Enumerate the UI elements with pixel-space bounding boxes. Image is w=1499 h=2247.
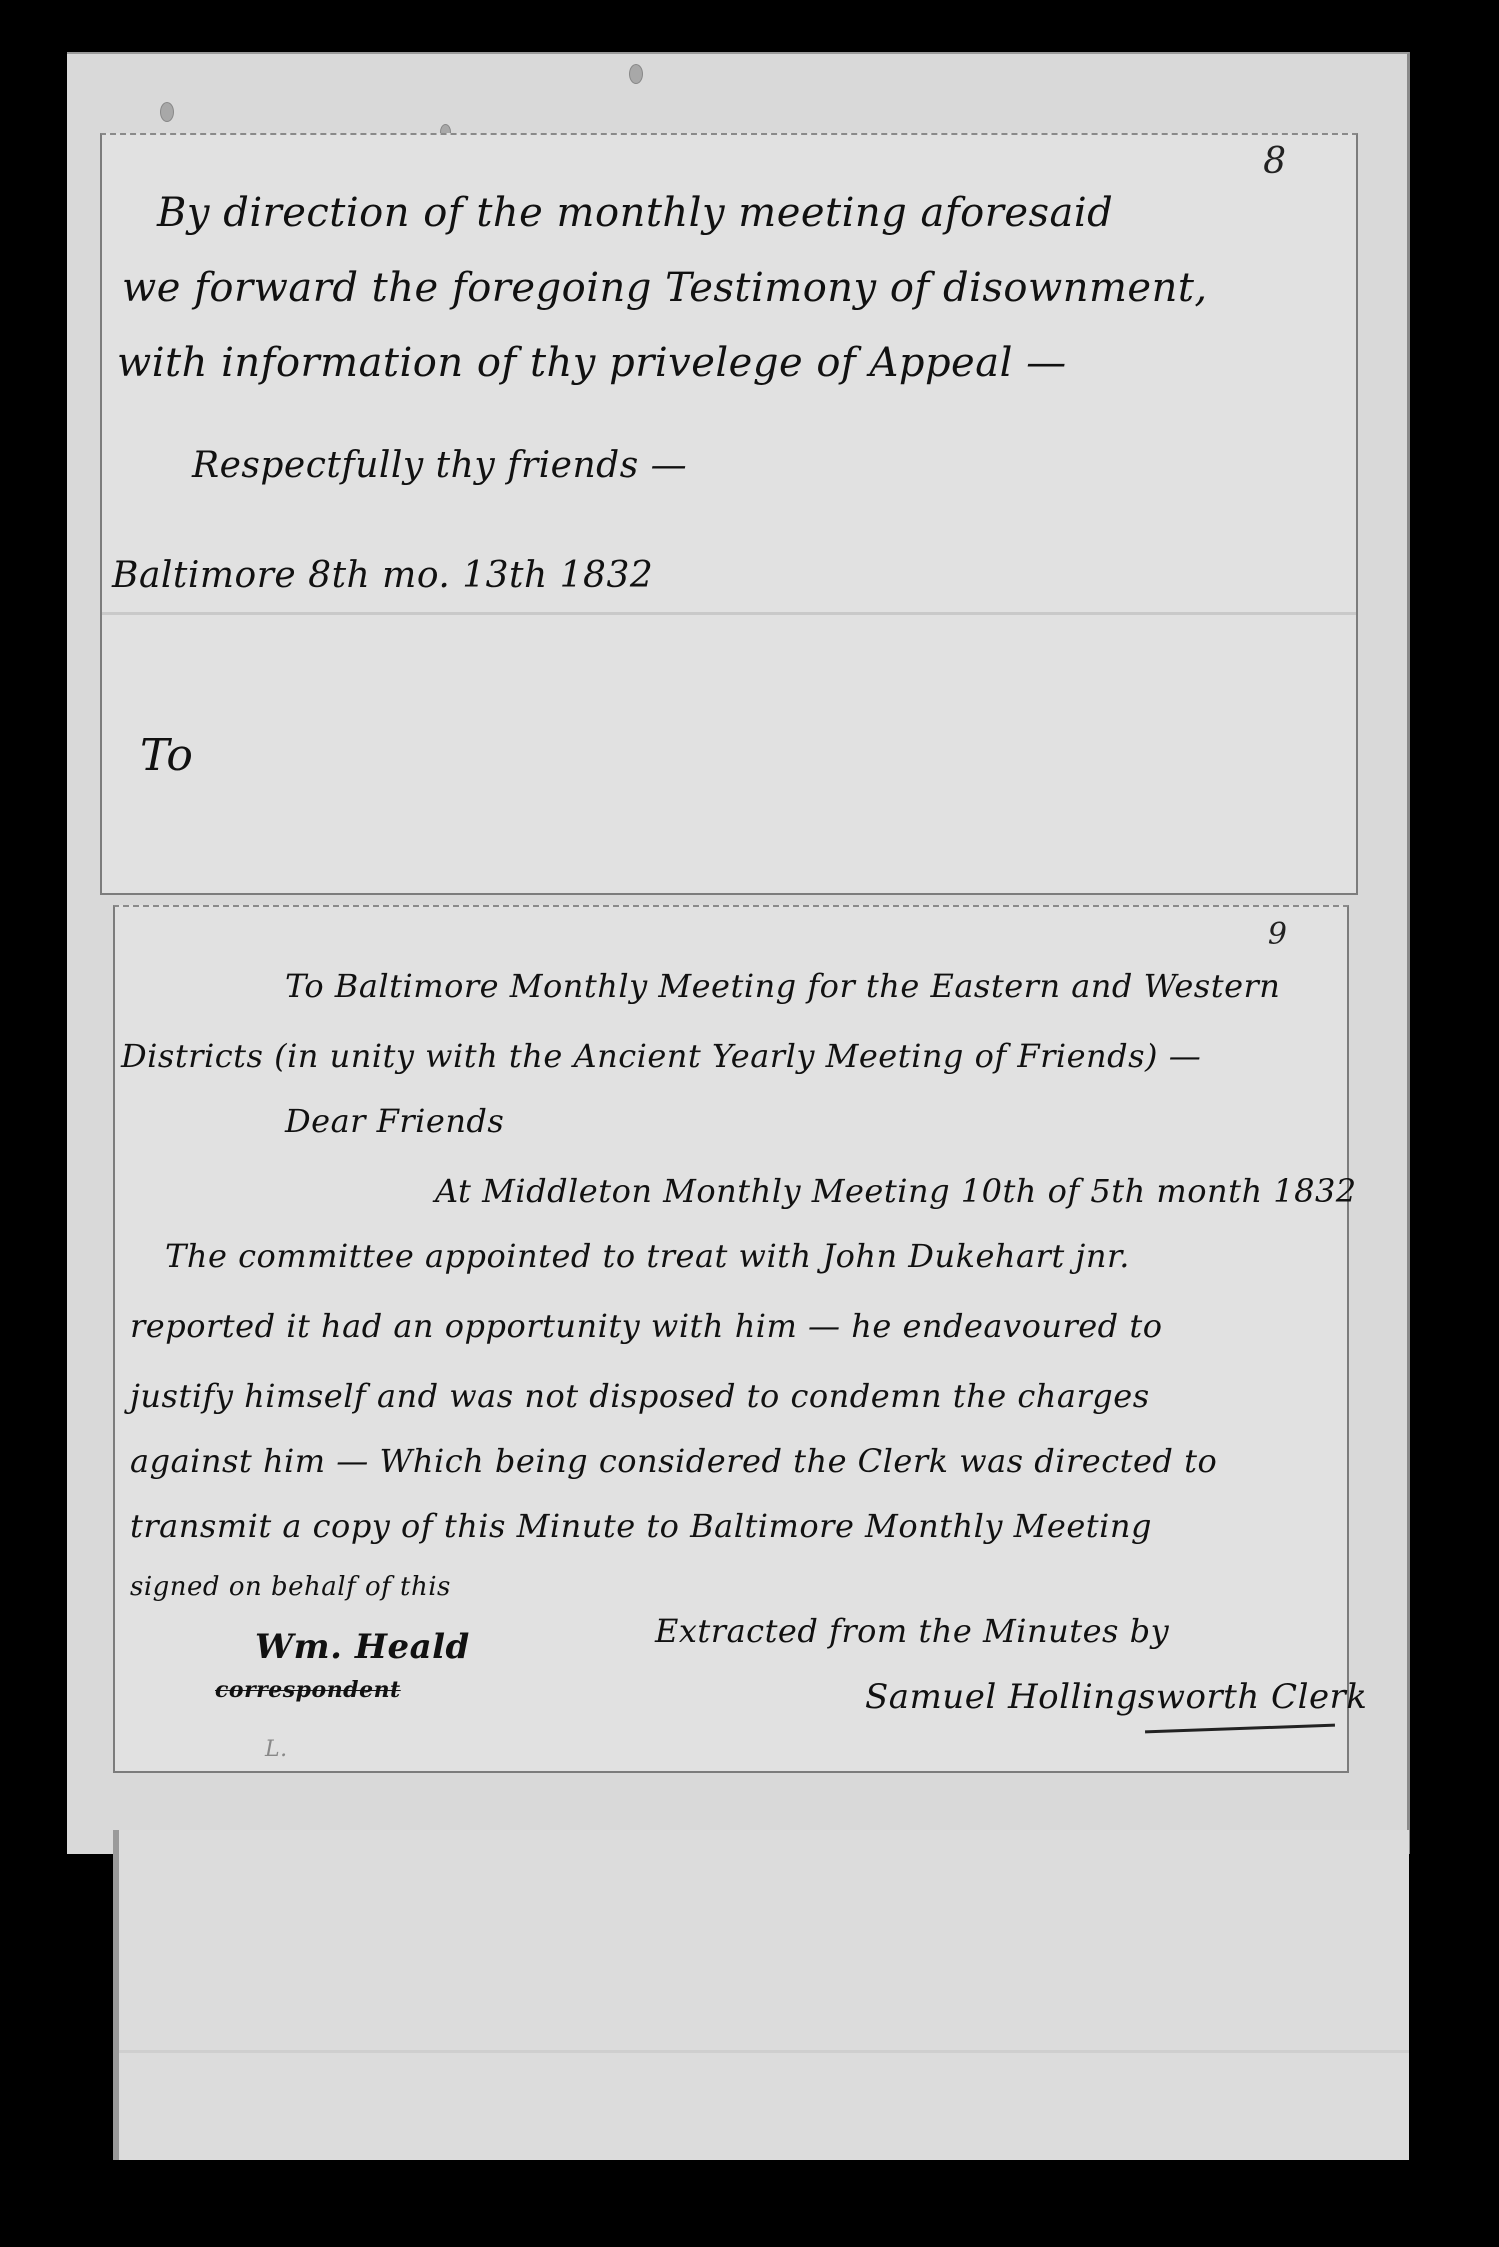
note-1-line-3: with information of thy privelege of App… (117, 340, 1067, 386)
body-line-1: The committee appointed to treat with Jo… (165, 1237, 1130, 1275)
body-line-3: justify himself and was not disposed to … (130, 1377, 1150, 1415)
sheet-notch (60, 1880, 110, 2180)
note-1-address-to: To (140, 730, 193, 781)
paper-hole (629, 64, 643, 84)
extracted-line: Extracted from the Minutes by (655, 1612, 1169, 1650)
marginal-mark: L. (265, 1737, 288, 1762)
salutation-line-1: To Baltimore Monthly Meeting for the Eas… (285, 967, 1280, 1005)
page-number-9: 9 (1268, 917, 1287, 952)
note-1-closing: Respectfully thy friends — (192, 445, 687, 486)
fold-line (119, 2050, 1409, 2053)
note-1-place-date: Baltimore 8th mo. 13th 1832 (112, 555, 653, 596)
note-1-letter: 8 By direction of the monthly meeting af… (100, 133, 1358, 895)
meeting-line: At Middleton Monthly Meeting 10th of 5th… (435, 1172, 1357, 1210)
salutation-line-2: Districts (in unity with the Ancient Yea… (121, 1037, 1201, 1075)
page-number-8: 8 (1263, 141, 1286, 182)
body-line-4: against him — Which being considered the… (130, 1442, 1217, 1480)
background-sheet-lower (113, 1830, 1409, 2160)
note-1-line-2: we forward the foregoing Testimony of di… (122, 265, 1208, 311)
signature-flourish (1145, 1724, 1335, 1734)
signature-wm-heald: Wm. Heald (255, 1627, 470, 1667)
paper-hole (160, 102, 174, 122)
fold-line (102, 612, 1356, 615)
note-1-line-1: By direction of the monthly meeting afor… (157, 190, 1113, 236)
body-line-2: reported it had an opportunity with him … (130, 1307, 1162, 1345)
signature-correspondent-title: correspondent (215, 1677, 401, 1703)
body-line-5: transmit a copy of this Minute to Baltim… (130, 1507, 1152, 1545)
body-line-6: signed on behalf of this (130, 1572, 451, 1602)
greeting: Dear Friends (285, 1102, 504, 1140)
note-2-minute: 9 To Baltimore Monthly Meeting for the E… (113, 905, 1349, 1773)
signature-samuel-hollingsworth: Samuel Hollingsworth Clerk (865, 1677, 1367, 1717)
